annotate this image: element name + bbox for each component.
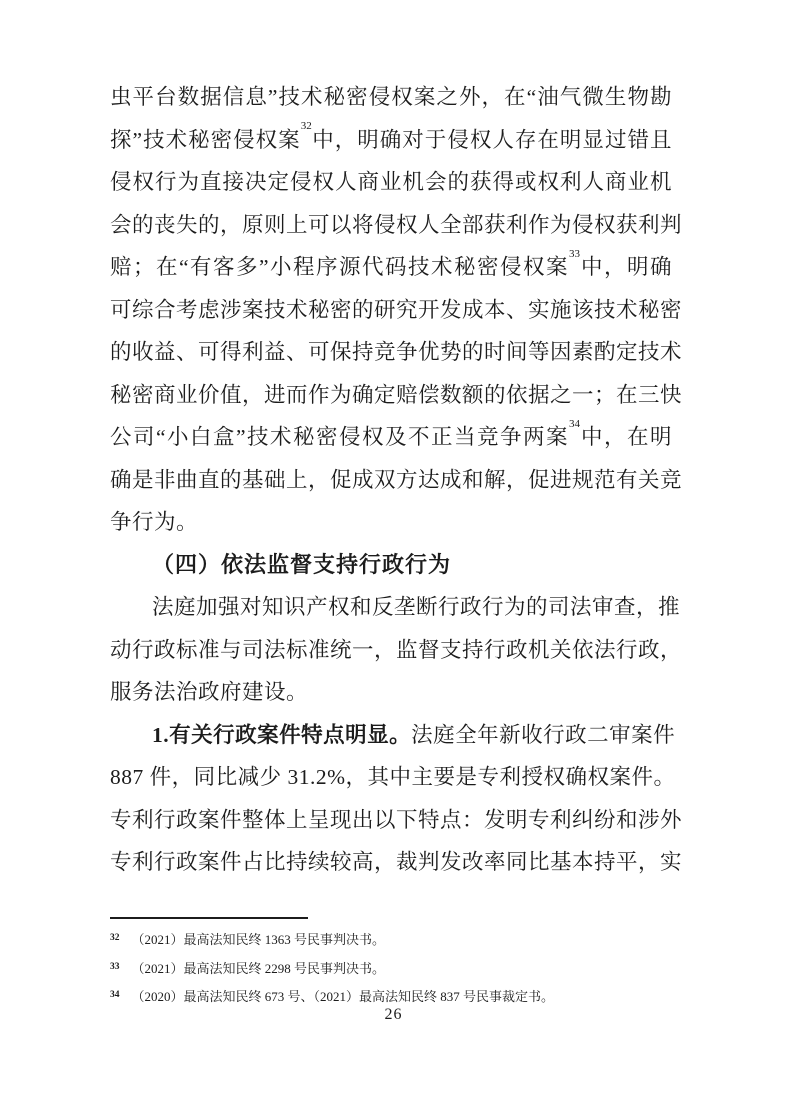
body-line: 赔；在“有客多”小程序源代码技术秘密侵权案33中，明确 [110,246,672,289]
body-text: 中，在明 [580,425,672,449]
body-line: 可综合考虑涉案技术秘密的研究开发成本、实施该技术秘密 [110,289,672,332]
body-line: 服务法治政府建设。 [110,671,672,714]
document-page: 虫平台数据信息”技术秘密侵权案之外，在“油气微生物勘 探”技术秘密侵权案32中，… [0,0,787,1110]
body-line: 侵权行为直接决定侵权人商业机会的获得或权利人商业机 [110,161,672,204]
body-line: 的收益、可得利益、可保持竞争优势的时间等因素酌定技术 [110,331,672,374]
body-text: 法庭全年新收行政二审案件 [411,723,675,747]
footnotes-section: 32（2021）最高法知民终 1363 号民事判决书。 33（2021）最高法知… [110,917,672,1012]
body-text: 赔；在“有客多”小程序源代码技术秘密侵权案 [110,255,569,279]
body-line: 专利行政案件占比持续较高，裁判发改率同比基本持平，实 [110,841,672,884]
paragraph-case-features: 1.有关行政案件特点明显。法庭全年新收行政二审案件 887 件，同比减少 31.… [110,714,672,884]
footnote-separator [110,917,308,919]
footnote-marker: 32 [110,933,120,943]
footnote-text: （2020）最高法知民终 673 号、（2021）最高法知民终 837 号民事裁… [132,989,555,1004]
page-number: 26 [0,1006,787,1024]
footnote-ref-32: 32 [301,120,312,132]
body-line: 争行为。 [110,501,672,544]
body-text: 探”技术秘密侵权案 [110,128,301,152]
body-line: 法庭加强对知识产权和反垄断行政行为的司法审查，推 [110,586,672,629]
footnote-text: （2021）最高法知民终 1363 号民事判决书。 [132,932,386,947]
paragraph-lead-bold: 1.有关行政案件特点明显。 [152,723,411,747]
paragraph-administrative-review: 法庭加强对知识产权和反垄断行政行为的司法审查，推 动行政标准与司法标准统一，监督… [110,586,672,714]
body-line: 公司“小白盒”技术秘密侵权及不正当竞争两案34中，在明 [110,416,672,459]
text-column: 虫平台数据信息”技术秘密侵权案之外，在“油气微生物勘 探”技术秘密侵权案32中，… [110,76,672,884]
body-line: 秘密商业价值，进而作为确定赔偿数额的依据之一；在三快 [110,374,672,417]
footnote-item: 32（2021）最高法知民终 1363 号民事判决书。 [110,926,672,955]
section-heading: （四）依法监督支持行政行为 [110,544,672,587]
body-text: 中，明确对于侵权人存在明显过错且 [312,128,672,152]
body-line: 887 件，同比减少 31.2%，其中主要是专利授权确权案件。 [110,756,672,799]
body-line: 会的丧失的，原则上可以将侵权人全部获利作为侵权获利判 [110,204,672,247]
body-line: 动行政标准与司法标准统一，监督支持行政机关依法行政， [110,629,672,672]
footnote-marker: 34 [110,990,120,1000]
body-line: 探”技术秘密侵权案32中，明确对于侵权人存在明显过错且 [110,119,672,162]
body-line: 虫平台数据信息”技术秘密侵权案之外，在“油气微生物勘 [110,76,672,119]
paragraph-continued: 虫平台数据信息”技术秘密侵权案之外，在“油气微生物勘 探”技术秘密侵权案32中，… [110,76,672,544]
footnote-text: （2021）最高法知民终 2298 号民事判决书。 [132,961,386,976]
body-line: 确是非曲直的基础上，促成双方达成和解，促进规范有关竞 [110,459,672,502]
body-text: 公司“小白盒”技术秘密侵权及不正当竞争两案 [110,425,569,449]
footnote-marker: 33 [110,962,120,972]
footnote-ref-33: 33 [569,248,580,260]
body-line: 1.有关行政案件特点明显。法庭全年新收行政二审案件 [110,714,672,757]
body-text: 中，明确 [580,255,672,279]
footnote-ref-34: 34 [569,418,580,430]
body-line: 专利行政案件整体上呈现出以下特点：发明专利纠纷和涉外 [110,799,672,842]
footnote-item: 33（2021）最高法知民终 2298 号民事判决书。 [110,955,672,984]
